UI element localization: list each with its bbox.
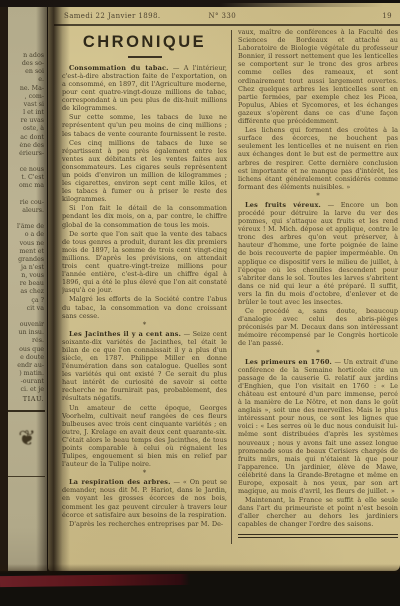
header-date: Samedi 22 Janvier 1898. (64, 12, 160, 20)
line-fragment: ac dont (7, 134, 44, 142)
section-separator: * (238, 349, 398, 357)
line-fragment: re uvas (7, 117, 44, 125)
page-title: CHRONIQUE (62, 33, 227, 52)
line-fragment: as chez (7, 288, 44, 296)
paragraph: La respiration des arbres. — « On peut s… (62, 478, 227, 518)
line-fragment: omc ma (7, 182, 44, 190)
paragraph-text: Sur cette somme, les tabacs de luxe ne r… (62, 113, 227, 137)
right-column: vaux, maître de conférences à la Faculté… (238, 28, 398, 556)
paragraph-text: Ce procédé a, sans doute, beaucoup d'ana… (238, 307, 398, 347)
line-fragment: ne. Ma- (7, 85, 44, 93)
paragraph: vaux, maître de conférences à la Faculté… (238, 28, 398, 125)
line-fragment: rés. (7, 337, 44, 345)
paragraph-lead: La respiration des arbres. (69, 478, 171, 486)
paragraph: Malgré les efforts de la Société contre … (62, 295, 227, 319)
section-separator: * (238, 192, 398, 200)
line-fragment: l'âme de (7, 223, 44, 231)
line-fragment: vast si (7, 101, 44, 109)
line-fragment: ) matin. (7, 370, 44, 378)
paragraph: Les primeurs en 1760. — Un extrait d'une… (238, 358, 398, 496)
title-rule (128, 56, 162, 58)
previous-page-sliver: n adosdes so-en soie.ne. Ma-, com-vast s… (7, 4, 47, 586)
printer-ornament-icon: ❦ (7, 426, 47, 450)
paragraph: Consommation du tabac. — A l'intérieur, … (62, 64, 227, 113)
line-fragment: ous que (7, 346, 44, 354)
line-fragment: vous ne (7, 240, 44, 248)
journal-page: Samedi 22 Janvier 1898. N° 330 19 CHRONI… (48, 3, 400, 571)
paragraph: Les Jacinthes il y a cent ans. — Seize c… (62, 330, 227, 403)
page-header: Samedi 22 Janvier 1898. N° 330 19 (64, 12, 392, 20)
paragraph-lead: Les fruits véreux. (245, 201, 321, 209)
paragraph-text: vaux, maître de conférences à la Faculté… (238, 28, 398, 125)
line-fragment: un insu. (7, 329, 44, 337)
line-fragment: érieurs- (7, 150, 44, 158)
line-fragment: ça ? (7, 297, 44, 305)
scanned-journal-photo: n adosdes so-en soie.ne. Ma-, com-vast s… (0, 0, 400, 606)
section-separator: * (62, 321, 227, 329)
paragraph-text: Malgré les efforts de la Société contre … (62, 295, 227, 319)
photo-top-edge (0, 0, 400, 7)
line-fragment: rie cou- (7, 199, 44, 207)
paragraph-text: Si l'on fait le détail de la consommatio… (62, 204, 227, 228)
paragraph: Si l'on fait le détail de la consommatio… (62, 204, 227, 228)
line-fragment (7, 215, 44, 223)
line-fragment: des so- (7, 60, 44, 68)
line-fragment: ment et (7, 248, 44, 256)
header-issue-number: N° 330 (208, 12, 236, 20)
page-bottom-shadow (0, 564, 400, 574)
paragraph-lead: Consommation du tabac. (69, 64, 169, 72)
paragraph-text: — Un extrait d'une conférence de la Sema… (238, 358, 398, 496)
paragraph: Ces cinq millions de tabacs de luxe se r… (62, 139, 227, 204)
line-fragment: e doute (7, 354, 44, 362)
paragraph: D'après les recherches entreprises par M… (62, 520, 227, 528)
line-fragment: ouvenir (7, 321, 44, 329)
paragraph: Les lichens qui forment des croûtes à la… (238, 126, 398, 191)
line-fragment: ce nous (7, 166, 44, 174)
line-fragment: aleurs. (7, 207, 44, 215)
column-divider-rule (231, 30, 232, 544)
horizontal-rule (7, 476, 45, 477)
book-binding-edge (0, 0, 8, 590)
end-of-article-rule (238, 534, 398, 538)
line-fragment: l et int (7, 109, 44, 117)
paragraph-text: D'après les recherches entreprises par M… (69, 520, 223, 528)
paragraph-text: Maintenant, la France se suffit à elle s… (238, 496, 398, 528)
paragraph: Un amateur de cette époque, Georges Voor… (62, 404, 227, 469)
line-fragment: re beau (7, 280, 44, 288)
paragraph-text: Un amateur de cette époque, Georges Voor… (62, 404, 227, 469)
line-fragment: ja n'est (7, 264, 44, 272)
line-fragment: n ados (7, 52, 44, 60)
previous-page-signature: TIAU. (7, 395, 47, 403)
paragraph-text: De sorte que l'on sait que la vente des … (62, 230, 227, 295)
line-fragment (7, 191, 44, 199)
line-fragment: t. C'est (7, 174, 44, 182)
line-fragment (7, 158, 44, 166)
line-fragment: , com- (7, 93, 44, 101)
previous-page-line-endings: n adosdes so-en soie.ne. Ma-, com-vast s… (7, 52, 47, 395)
paragraph: Sur cette somme, les tabacs de luxe ne r… (62, 113, 227, 137)
paragraph: De sorte que l'on sait que la vente des … (62, 230, 227, 295)
paragraph-text: — Seize cent soixante-dix variétés de Ja… (62, 330, 227, 403)
binding-red-strip (0, 574, 190, 587)
line-fragment: ène des (7, 142, 44, 150)
paragraph-lead: Les primeurs en 1760. (245, 358, 332, 366)
line-fragment: endr au- (7, 362, 44, 370)
line-fragment: n, vous (7, 272, 44, 280)
paragraph: Maintenant, la France se suffit à elle s… (238, 496, 398, 528)
line-fragment: o a de (7, 231, 44, 239)
line-fragment: ci. et je (7, 386, 44, 394)
paragraph: Ce procédé a, sans doute, beaucoup d'ana… (238, 307, 398, 347)
paragraph-text: Ces cinq millions de tabacs de luxe se r… (62, 139, 227, 204)
line-fragment: cit va (7, 305, 44, 313)
header-rule (54, 24, 400, 26)
header-page-number: 19 (382, 12, 392, 20)
left-column: CHRONIQUE Consommation du tabac. — A l'i… (62, 29, 227, 555)
paragraph-text: — Encore un bon procédé pour détruire la… (238, 201, 398, 306)
line-fragment: grandes (7, 256, 44, 264)
line-fragment: e. (7, 76, 44, 84)
line-fragment: -ourant (7, 378, 44, 386)
paragraph-lead: Les Jacinthes il y a cent ans. (69, 330, 181, 338)
line-fragment (7, 313, 44, 321)
section-separator: * (62, 469, 227, 477)
line-fragment: oste, à (7, 125, 44, 133)
paragraph: Les fruits véreux. — Encore un bon procé… (238, 201, 398, 306)
line-fragment: en soi (7, 68, 44, 76)
horizontal-rule (7, 410, 45, 413)
paragraph-text: — A l'intérieur, c'est-à-dire abstractio… (62, 64, 227, 112)
paragraph-text: Les lichens qui forment des croûtes à la… (238, 126, 398, 191)
